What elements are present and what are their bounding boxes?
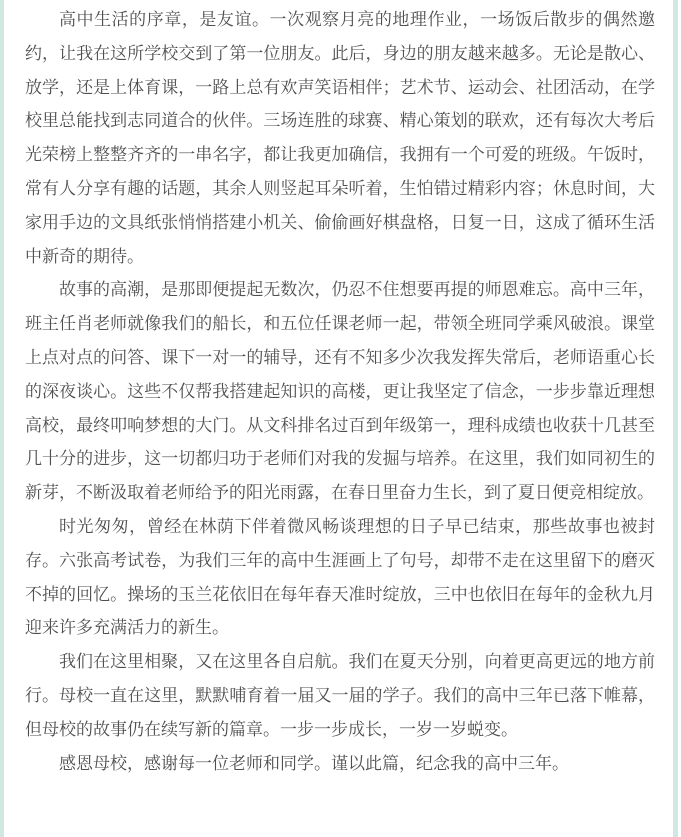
- document-page: { "page": { "background_color": "#ffffff…: [0, 0, 681, 837]
- essay-paragraph-friendship: 高中生活的序章，是友谊。一次观察月亮的地理作业，一场饭后散步的偶然邀约，让我在这…: [25, 3, 655, 273]
- essay-body: 高中生活的序章，是友谊。一次观察月亮的地理作业，一场饭后散步的偶然邀约，让我在这…: [25, 3, 655, 780]
- page-left-edge-border: [0, 0, 4, 837]
- essay-paragraph-teachers: 故事的高潮，是那即便提起无数次，仍忍不住想要再提的师恩难忘。高中三年，班主任肖老…: [25, 273, 655, 510]
- essay-paragraph-farewell: 我们在这里相聚，又在这里各自启航。我们在夏天分别，向着更高更远的地方前行。母校一…: [25, 645, 655, 746]
- essay-paragraph-gratitude: 感恩母校，感谢每一位老师和同学。谨以此篇，纪念我的高中三年。: [25, 747, 655, 781]
- essay-paragraph-time-passing: 时光匆匆，曾经在林荫下伴着微风畅谈理想的日子早已结束，那些故事也被封存。六张高考…: [25, 510, 655, 645]
- page-right-edge-border: [673, 0, 678, 837]
